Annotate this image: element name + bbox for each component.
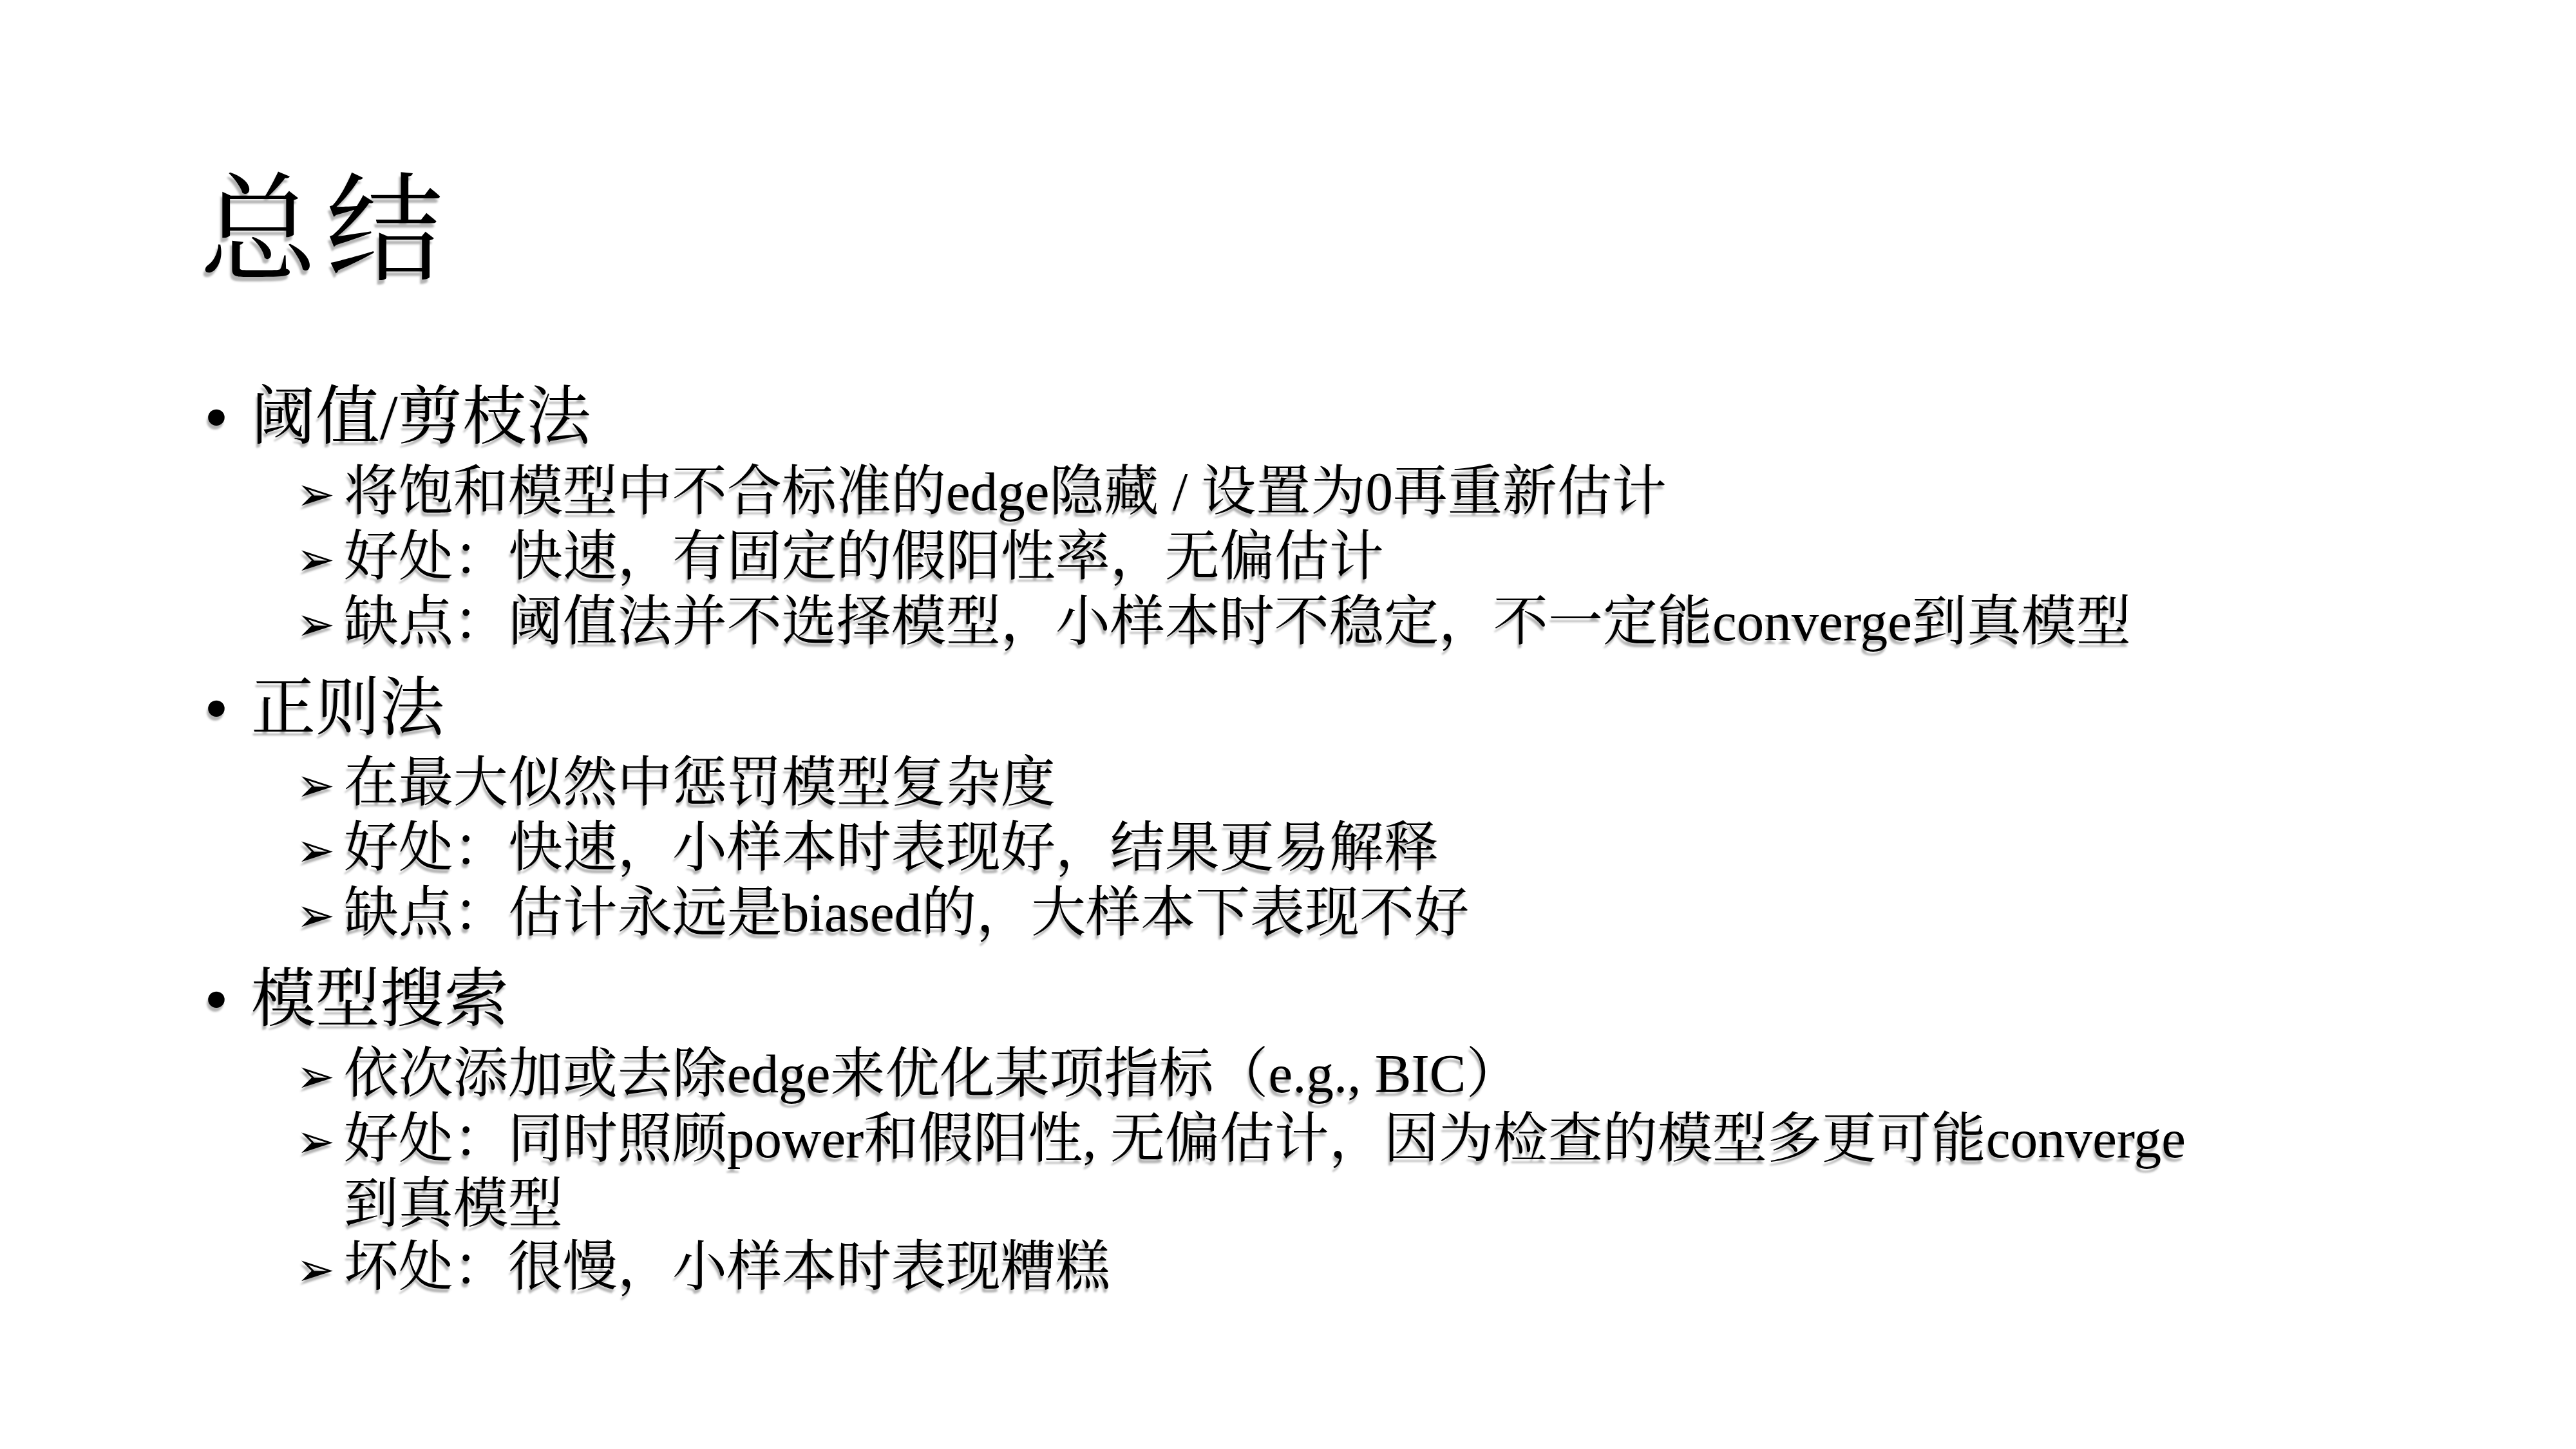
list-item-text: 到真模型 [344, 1173, 2492, 1236]
arrow-bullet-icon: ➢ [296, 753, 344, 817]
list-item-text: 在最大似然中惩罚模型复杂度 [344, 752, 2492, 815]
list-item-text: 好处：快速，有固定的假阳性率，无偏估计 [344, 526, 2492, 589]
page-title: 总结 [200, 164, 452, 299]
arrow-bullet-icon: ➢ [296, 592, 344, 656]
list-item: ➢ 依次添加或去除edge来优化某项指标（e.g., BIC） [200, 1043, 2492, 1108]
list-item: ➢ 好处：快速，小样本时表现好，结果更易解释 [200, 817, 2492, 882]
list-item-wrap-line: 到真模型 [200, 1173, 2492, 1236]
list-item: ➢ 好处：同时照顾power和假阳性, 无偏估计，因为检查的模型多更可能conv… [200, 1108, 2492, 1173]
slide: 总结 • 阈值/剪枝法 ➢ 将饱和模型中不合标准的edge隐藏 / 设置为0再重… [0, 0, 2576, 1449]
list-item-text: 将饱和模型中不合标准的edge隐藏 / 设置为0再重新估计 [344, 460, 2492, 524]
section-heading-label: 模型搜索 [251, 962, 509, 1037]
section-heading: • 模型搜索 [200, 962, 2492, 1039]
list-item-text: 好处：同时照顾power和假阳性, 无偏估计，因为检查的模型多更可能conver… [344, 1108, 2492, 1171]
list-item: ➢ 在最大似然中惩罚模型复杂度 [200, 752, 2492, 817]
bullet-dot-icon: • [200, 382, 251, 457]
arrow-bullet-icon: ➢ [296, 1238, 344, 1301]
arrow-bullet-icon: ➢ [296, 884, 344, 947]
arrow-bullet-icon: ➢ [296, 1110, 344, 1173]
list-item: ➢ 将饱和模型中不合标准的edge隐藏 / 设置为0再重新估计 [200, 460, 2492, 526]
arrow-bullet-icon: ➢ [296, 1045, 344, 1108]
list-item: ➢ 坏处：很慢，小样本时表现糟糕 [200, 1236, 2492, 1301]
list-item-text: 好处：快速，小样本时表现好，结果更易解释 [344, 817, 2492, 880]
list-item-text: 坏处：很慢，小样本时表现糟糕 [344, 1236, 2492, 1299]
list-item: ➢ 好处：快速，有固定的假阳性率，无偏估计 [200, 526, 2492, 591]
bullet-dot-icon: • [200, 964, 251, 1039]
arrow-bullet-icon: ➢ [296, 462, 344, 526]
list-item-text: 依次添加或去除edge来优化某项指标（e.g., BIC） [344, 1043, 2492, 1106]
list-item-text: 缺点：估计永远是biased的，大样本下表现不好 [344, 882, 2492, 945]
section-heading: • 正则法 [200, 671, 2492, 748]
arrow-bullet-icon: ➢ [296, 819, 344, 882]
section-heading: • 阈值/剪枝法 [200, 380, 2492, 457]
section-heading-label: 正则法 [251, 671, 444, 746]
list-item-text: 缺点：阈值法并不选择模型，小样本时不稳定，不一定能converge到真模型 [344, 591, 2492, 654]
list-item: ➢ 缺点：阈值法并不选择模型，小样本时不稳定，不一定能converge到真模型 [200, 591, 2492, 656]
bullet-list: • 阈值/剪枝法 ➢ 将饱和模型中不合标准的edge隐藏 / 设置为0再重新估计… [200, 380, 2492, 1301]
bullet-dot-icon: • [200, 673, 251, 748]
arrow-bullet-icon: ➢ [296, 527, 344, 591]
section-heading-label: 阈值/剪枝法 [251, 380, 591, 455]
list-item: ➢ 缺点：估计永远是biased的，大样本下表现不好 [200, 882, 2492, 947]
